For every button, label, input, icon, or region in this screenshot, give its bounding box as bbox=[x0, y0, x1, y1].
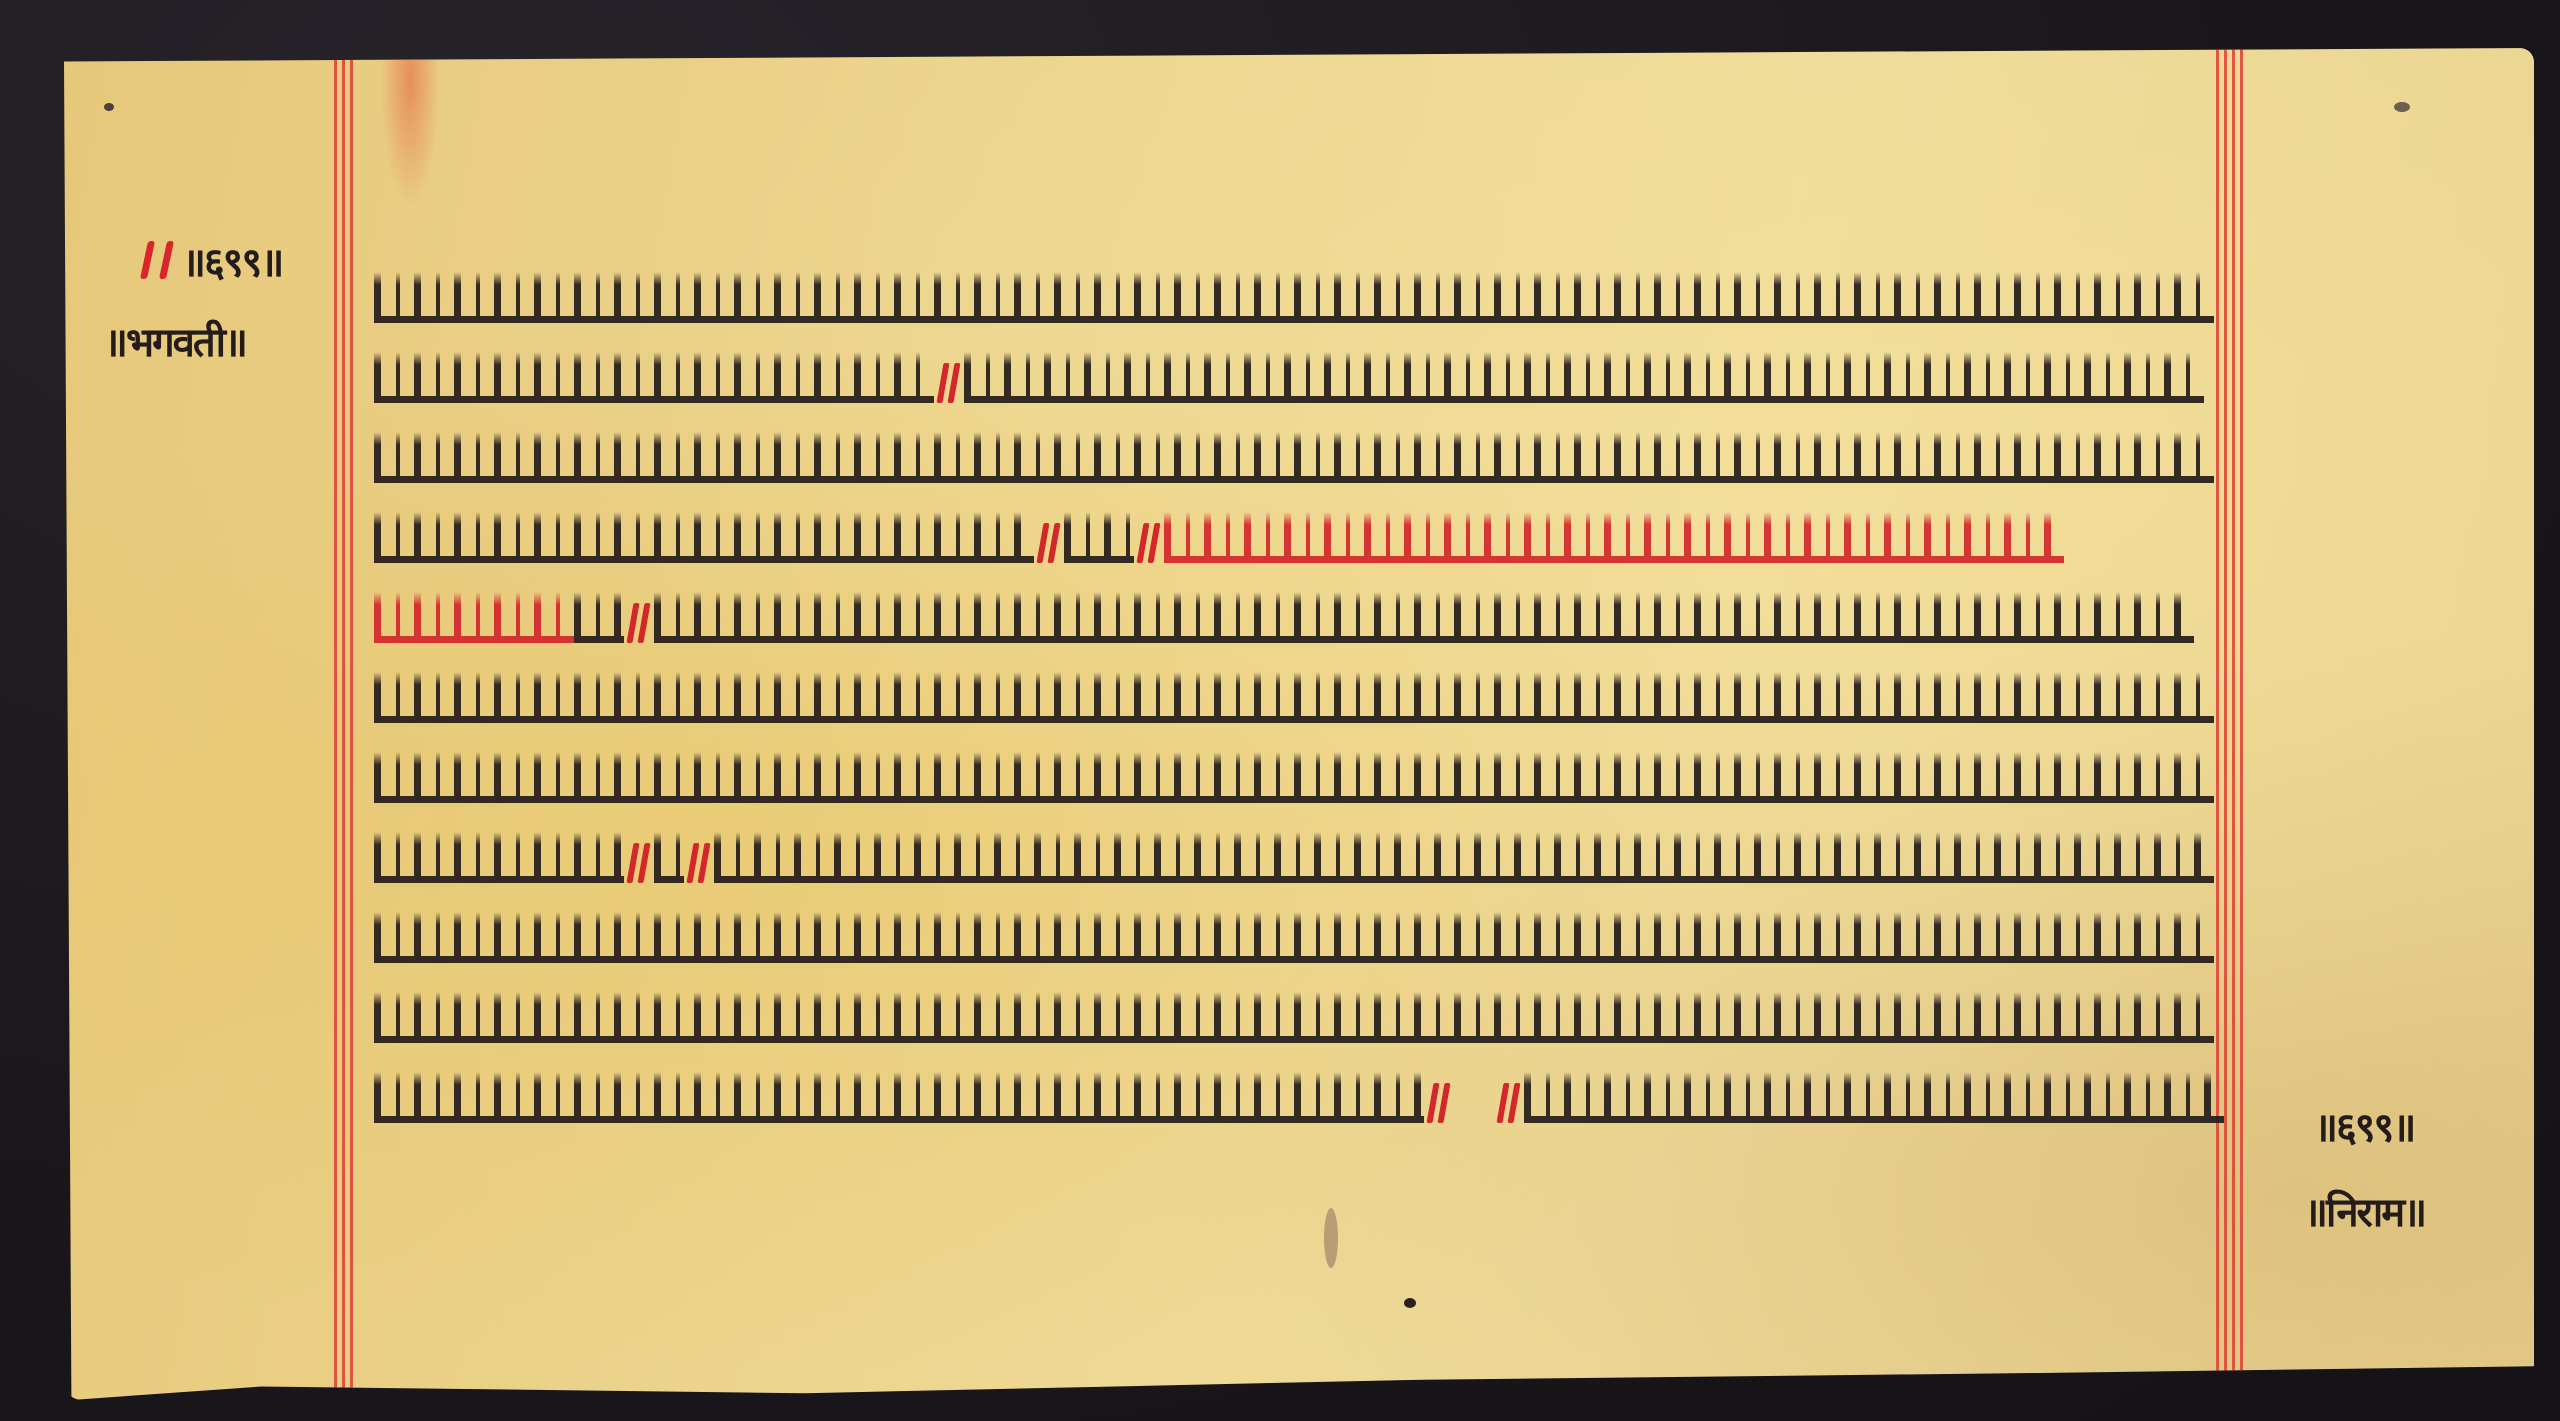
title-abbrev-text: ॥भगवती॥ bbox=[104, 313, 246, 368]
right-title-abbrev: ॥निराम॥ bbox=[2304, 1188, 2425, 1232]
red-ink-rubric bbox=[1164, 512, 2064, 563]
black-ink-text bbox=[374, 832, 624, 883]
black-ink-text bbox=[374, 272, 2214, 323]
text-line-8 bbox=[374, 813, 2294, 893]
red-double-danda bbox=[628, 599, 650, 643]
red-double-danda bbox=[628, 839, 650, 883]
black-ink-text bbox=[374, 512, 1034, 563]
left-title-abbrev: ॥भगवती॥ bbox=[104, 318, 246, 362]
text-line-5 bbox=[374, 573, 2294, 653]
ink-speck bbox=[2394, 102, 2410, 112]
black-ink-text bbox=[374, 992, 2214, 1043]
text-line-1 bbox=[374, 253, 2294, 333]
red-double-danda bbox=[159, 241, 174, 279]
red-double-danda bbox=[938, 359, 960, 403]
text-line-2 bbox=[374, 333, 2294, 413]
manuscript-text-block bbox=[374, 253, 2294, 1133]
black-ink-text bbox=[374, 672, 2214, 723]
text-line-3 bbox=[374, 413, 2294, 493]
title-abbrev-text: ॥निराम॥ bbox=[2304, 1183, 2425, 1238]
red-ink-bleed bbox=[380, 48, 440, 208]
black-ink-text bbox=[714, 832, 2214, 883]
text-line-11 bbox=[374, 1053, 2294, 1133]
black-ink-text bbox=[374, 432, 2214, 483]
ink-speck bbox=[1404, 1298, 1416, 1308]
black-ink-text bbox=[654, 592, 2194, 643]
red-ink-rubric bbox=[374, 592, 574, 643]
left-margin-ruling bbox=[342, 48, 345, 1400]
folio-number-text: ॥६९९॥ bbox=[2314, 1098, 2414, 1153]
black-ink-text bbox=[374, 752, 2214, 803]
left-folio-number: ॥६९९॥ bbox=[144, 238, 282, 282]
left-margin-ruling bbox=[350, 48, 353, 1400]
folio-number-text: ॥६९९॥ bbox=[182, 233, 282, 288]
red-double-danda bbox=[1498, 1079, 1520, 1123]
right-folio-number: ॥६९९॥ bbox=[2314, 1103, 2414, 1147]
text-line-7 bbox=[374, 733, 2294, 813]
text-line-9 bbox=[374, 893, 2294, 973]
text-line-6 bbox=[374, 653, 2294, 733]
black-ink-text bbox=[374, 352, 934, 403]
black-ink-text bbox=[964, 352, 2204, 403]
red-double-danda bbox=[1428, 1079, 1450, 1123]
red-double-danda bbox=[1138, 519, 1160, 563]
black-ink-text bbox=[374, 912, 2214, 963]
ink-smudge bbox=[1324, 1208, 1338, 1268]
text-line-10 bbox=[374, 973, 2294, 1053]
text-line-4 bbox=[374, 493, 2294, 573]
left-margin-ruling bbox=[334, 48, 337, 1400]
black-ink-text bbox=[574, 592, 624, 643]
red-double-danda bbox=[688, 839, 710, 883]
ink-speck bbox=[104, 103, 114, 111]
black-ink-text bbox=[654, 832, 684, 883]
red-double-danda bbox=[1038, 519, 1060, 563]
black-ink-text bbox=[1524, 1072, 2224, 1123]
manuscript-folio: ॥६९९॥ ॥भगवती॥ ॥६९९॥ ॥निराम॥ bbox=[64, 48, 2534, 1400]
verse-number bbox=[1064, 512, 1134, 563]
black-ink-text bbox=[374, 1072, 1424, 1123]
red-double-danda bbox=[140, 241, 155, 279]
